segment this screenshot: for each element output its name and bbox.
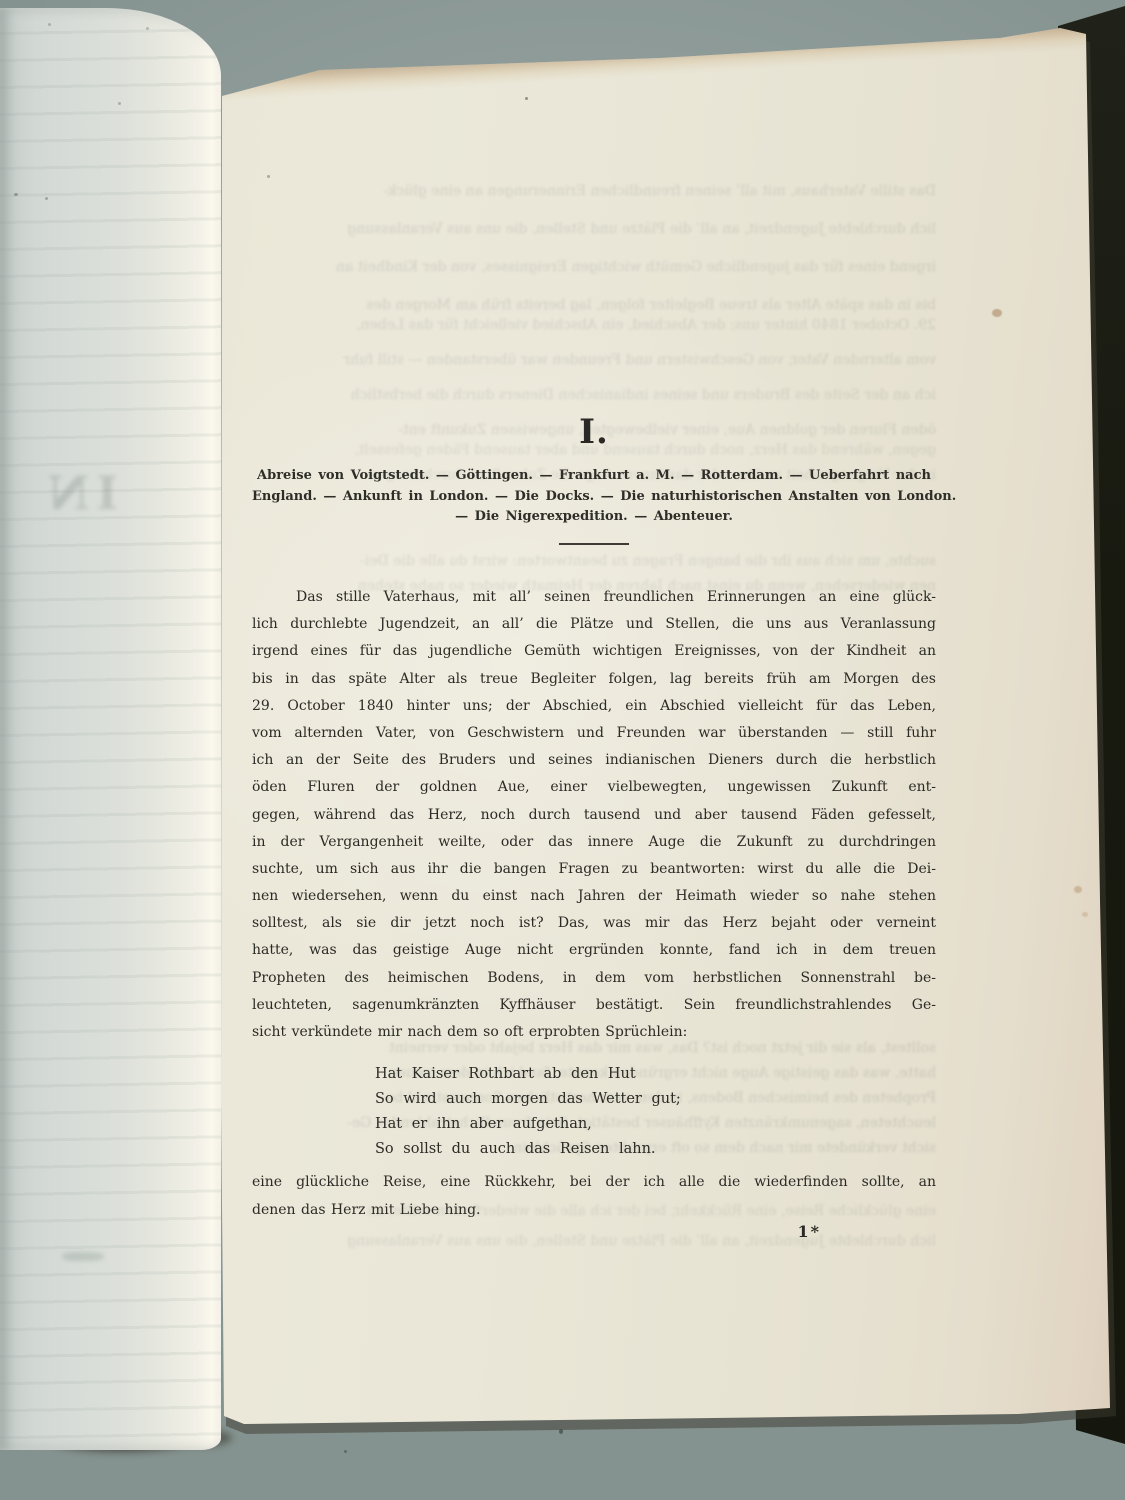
body-line: Propheten des heimischen Bodens, in dem … [252, 965, 936, 992]
verse-line: So sollst du auch das Reisen lahn. [375, 1137, 681, 1162]
closing-paragraph: eine glückliche Reise, eine Rückkehr, be… [252, 1168, 936, 1224]
bleedthrough-smudge [62, 1252, 104, 1261]
dust-speck [344, 1450, 347, 1453]
body-line: nen wiedersehen, wenn du einst nach Jahr… [252, 883, 936, 910]
page-top-edge [211, 18, 1121, 100]
body-line: in der Vergangenheit weilte, oder das in… [252, 829, 936, 856]
dust-speck [267, 175, 270, 178]
body-line: gegen, während das Herz, noch durch taus… [252, 802, 936, 829]
body-line: suchte, um sich aus ihr die bangen Frage… [252, 856, 936, 883]
body-line: leuchteten, sagenumkränzten Kyffhäuser b… [252, 992, 936, 1019]
chapter-summary: Abreise von Voigtstedt. — Göttingen. — F… [252, 466, 936, 528]
foxing-spot [992, 309, 1002, 317]
foxing-spot [1074, 886, 1082, 893]
body-line: vom alternden Vater, von Geschwistern un… [252, 720, 936, 747]
body-line: Das stille Vaterhaus, mit all’ seinen fr… [252, 584, 936, 611]
facing-page-curl: IN [0, 8, 221, 1450]
body-line: öden Fluren der goldnen Aue, einer vielb… [252, 774, 936, 801]
summary-line: Abreise von Voigtstedt. — Göttingen. — F… [252, 466, 936, 487]
body-line: irgend eines für das jugendliche Gemüth … [252, 638, 936, 665]
closing-line: denen das Herz mit Liebe hing. [252, 1196, 936, 1224]
foxing-spot [1082, 912, 1088, 917]
bleedthrough-text: Das stille Vaterhaus, mit all’ seinen fr… [252, 172, 936, 324]
verse-block: Hat Kaiser Rothbart ab den Hut So wird a… [375, 1062, 681, 1162]
summary-line: — Die Nigerexpedition. — Abenteuer. [252, 507, 936, 528]
chapter-heading: I. [252, 412, 936, 452]
verse-line: So wird auch morgen das Wetter gut; [375, 1087, 681, 1112]
dust-speck [45, 197, 48, 200]
body-line: hatte, was das geistige Auge nicht ergrü… [252, 937, 936, 964]
dust-speck [14, 193, 18, 196]
body-line: 29. October 1840 hinter uns; der Abschie… [252, 693, 936, 720]
dust-speck [48, 23, 51, 26]
body-line: lich durchlebte Jugendzeit, an all’ die … [252, 611, 936, 638]
verse-line: Hat Kaiser Rothbart ab den Hut [375, 1062, 681, 1087]
body-line: ich an der Seite des Bruders und seines … [252, 747, 936, 774]
closing-line: eine glückliche Reise, eine Rückkehr, be… [252, 1168, 936, 1196]
verse-line: Hat er ihn aber aufgethan, [375, 1112, 681, 1137]
dust-speck [559, 1429, 563, 1434]
bleedthrough-initials: IN [18, 466, 118, 520]
body-paragraph: Das stille Vaterhaus, mit all’ seinen fr… [252, 584, 936, 1046]
body-line: bis in das späte Alter als treue Begleit… [252, 666, 936, 693]
signature-mark: 1* [252, 1222, 936, 1241]
body-line: sicht verkündete mir nach dem so oft erp… [252, 1019, 936, 1046]
summary-line: England. — Ankunft in London. — Die Dock… [252, 487, 936, 508]
section-rule [559, 543, 629, 545]
photo-scene: IN Das stille Vaterhaus, mit all’ seinen… [0, 0, 1125, 1500]
dust-speck [146, 27, 149, 30]
dust-speck [525, 97, 528, 100]
body-line: solltest, als sie dir jetzt noch ist? Da… [252, 910, 936, 937]
dust-speck [118, 102, 121, 105]
